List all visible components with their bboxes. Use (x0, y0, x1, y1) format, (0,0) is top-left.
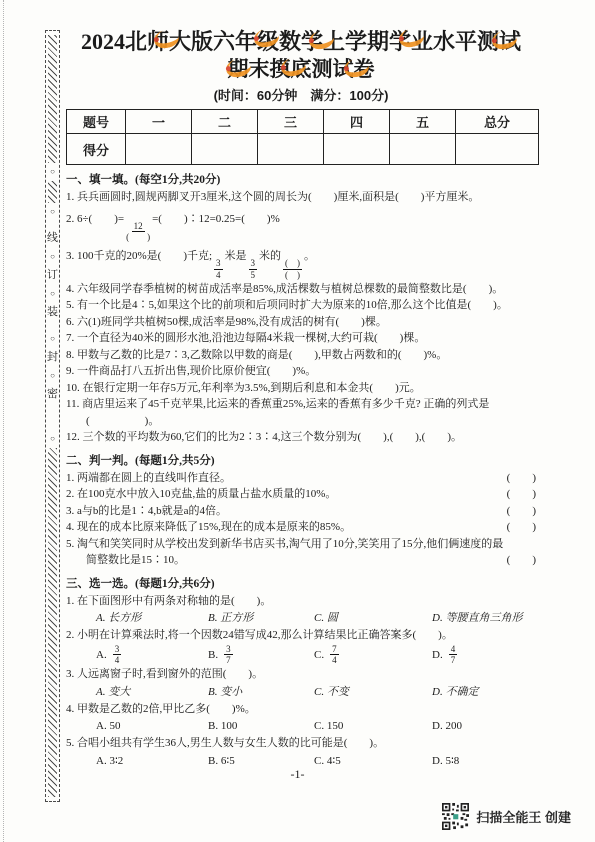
option-a: A. 长方形 (96, 609, 208, 627)
fraction: 37 (224, 644, 233, 667)
qr-code-icon (442, 803, 469, 830)
judge-text: 1. 两端都在圆上的直线叫作直径。 (66, 470, 231, 487)
binding-char-feng: 封 (47, 352, 58, 363)
hatch-marks (48, 181, 57, 203)
fraction: 12( ) (126, 221, 150, 244)
score-cell (126, 134, 192, 165)
choice-options: A. 长方形 B. 正方形 C. 圆 D. 等腰直角三角形 (96, 609, 536, 627)
fraction: 34 (113, 644, 122, 667)
question-line: 3. 100千克的20%是( )千克;34米是35米的( )( )。 (66, 243, 536, 281)
binding-circle: ○ (50, 208, 55, 216)
page-edge-line (3, 0, 4, 842)
judge-item-line2: 简整数比是15∶10。 ( ) (86, 552, 536, 569)
question-line: 2. 小明在计算乘法时,将一个因数24错写成42,那么计算结果比正确答案多( )… (66, 627, 536, 644)
binding-circle: ○ (50, 253, 55, 261)
binding-char-zhuang: 装 (47, 307, 58, 318)
watermark-text: 扫描全能王 创建 (476, 807, 571, 826)
question-line: 9. 一件商品打八五折出售,现价比原价便宜( )%。 (66, 363, 536, 380)
option-c: C. 4∶5 (314, 752, 432, 770)
page-title: 2024北师大版六年级数学上学期学业水平测试 (66, 28, 536, 55)
header-cell-4: 四 (324, 110, 390, 134)
header-cell-2: 二 (192, 110, 258, 134)
choice-options: A. 50 B. 100 C. 150 D. 200 (96, 717, 536, 735)
judge-text: 4. 现在的成本比原来降低了15%,现在的成本是原来的85%。 (66, 519, 351, 536)
option-a: A. 50 (96, 717, 208, 735)
score-table-score-row: 得分 (67, 134, 539, 165)
fraction: 35 (249, 258, 258, 281)
binding-strip: ○ ○ 线 ○ 订 ○ 装 ○ 封 ○ 密 ○ (45, 30, 60, 802)
answer-parentheses: ( ) (507, 519, 536, 536)
question-line: 12. 三个数的平均数为60,它们的比为2∶3∶4,这三个数分别为( ),( )… (66, 429, 536, 446)
hatch-marks (48, 448, 57, 797)
answer-parentheses: ( ) (507, 486, 536, 503)
paper-content: 2024北师大版六年级数学上学期学业水平测试 期末摸底测试卷 (时间：60分钟 … (66, 28, 536, 770)
question-line: 4. 甲数是乙数的2倍,甲比乙多( )%。 (66, 701, 536, 718)
score-cell (258, 134, 324, 165)
judge-text: 3. a与b的比是1∶4,b就是a的4倍。 (66, 503, 227, 520)
judge-item: 3. a与b的比是1∶4,b就是a的4倍。 ( ) (66, 503, 536, 520)
answer-parentheses: ( ) (507, 552, 536, 569)
option-c: C.74 (314, 644, 432, 667)
choice-options: A. 3∶2 B. 6∶5 C. 4∶5 D. 5∶8 (96, 752, 536, 770)
exam-paper-page: ○ ○ 线 ○ 订 ○ 装 ○ 封 ○ 密 ○ 2024北师大版六年级数学上学期… (0, 0, 595, 842)
binding-circle: ○ (50, 168, 55, 176)
binding-char-mi: 密 (47, 389, 58, 400)
score-cell (456, 134, 539, 165)
question-text: 米是 (225, 250, 247, 262)
option-d: D.47 (432, 644, 536, 667)
question-line: 2. 6÷( )=12( )=( )∶12=0.25=( )% (66, 206, 536, 244)
header-cell-5: 五 (390, 110, 456, 134)
option-d: D. 200 (432, 717, 536, 735)
answer-parentheses: ( ) (507, 503, 536, 520)
question-text: 3. 100千克的20%是( )千克; (66, 250, 212, 262)
question-line: 1. 兵兵画圆时,圆规两脚叉开3厘米,这个圆的周长为( )厘米,面积是( )平方… (66, 189, 536, 206)
section-heading-choice: 三、选一选。(每题1分,共6分) (66, 576, 536, 593)
option-d: D. 不确定 (432, 683, 536, 701)
judge-item: 4. 现在的成本比原来降低了15%,现在的成本是原来的85%。 ( ) (66, 519, 536, 536)
option-d: D. 5∶8 (432, 752, 536, 770)
time-score-line: (时间：60分钟 满分：100分) (66, 85, 536, 104)
option-b: B.37 (208, 644, 314, 667)
judge-item-line1: 5. 淘气和笑笑同时从学校出发到新华书店买书,淘气用了10分,笑笑用了15分,他… (66, 536, 536, 553)
binding-circle: ○ (50, 335, 55, 343)
choice-options-fractions: A.34 B.37 C.74 D.47 (96, 644, 536, 667)
option-b: B. 变小 (208, 683, 314, 701)
score-table-header-row: 题号 一 二 三 四 五 总分 (67, 110, 539, 134)
option-d: D. 等腰直角三角形 (432, 609, 536, 627)
question-line: 6. 六(1)班同学共植树50棵,成活率是98%,没有成活的树有( )棵。 (66, 314, 536, 331)
choice-options: A. 变大 B. 变小 C. 不变 D. 不确定 (96, 683, 536, 701)
header-cell-total: 总分 (456, 110, 539, 134)
header-cell-1: 一 (126, 110, 192, 134)
binding-circle: ○ (50, 372, 55, 380)
binding-char-ding: 订 (47, 270, 58, 281)
fraction: 47 (449, 644, 458, 667)
question-text: 。 (304, 250, 315, 262)
option-c: C. 圆 (314, 609, 432, 627)
question-line: 8. 甲数与乙数的比是7∶3,乙数除以甲数的商是( ),甲数占两数和的( )%。 (66, 347, 536, 364)
answer-parentheses: ( ) (507, 470, 536, 487)
score-table: 题号 一 二 三 四 五 总分 得分 (66, 109, 539, 165)
option-c: C. 150 (314, 717, 432, 735)
question-line: 5. 合唱小组共有学生36人,男生人数与女生人数的比可能是( )。 (66, 735, 536, 752)
camscanner-watermark: 扫描全能王 创建 (442, 803, 571, 830)
score-cell (324, 134, 390, 165)
fraction-blank: ( )( ) (283, 258, 302, 281)
binding-char-xian: 线 (47, 233, 58, 244)
fraction: 74 (330, 644, 339, 667)
header-cell-tihao: 题号 (67, 110, 126, 134)
judge-text: 简整数比是15∶10。 (86, 552, 185, 569)
judge-text: 2. 在100克水中放入10克盐,盐的质量占盐水质量的10%。 (66, 486, 336, 503)
fraction: 34 (214, 258, 223, 281)
option-b: B. 100 (208, 717, 314, 735)
binding-circle: ○ (50, 290, 55, 298)
page-number: -1- (291, 767, 305, 782)
question-line: 7. 一个直径为40米的圆形水池,沿池边每隔4米栽一棵树,大约可栽( )棵。 (66, 330, 536, 347)
judge-item: 2. 在100克水中放入10克盐,盐的质量占盐水质量的10%。 ( ) (66, 486, 536, 503)
question-text: =( )∶12=0.25=( )% (152, 213, 280, 225)
option-a: A. 变大 (96, 683, 208, 701)
option-a: A. 3∶2 (96, 752, 208, 770)
section-heading-judge: 二、判一判。(每题1分,共5分) (66, 453, 536, 470)
row-label-defen: 得分 (67, 134, 126, 165)
binding-circle: ○ (50, 435, 55, 443)
hatch-marks (48, 35, 57, 163)
score-cell (192, 134, 258, 165)
option-b: B. 正方形 (208, 609, 314, 627)
score-cell (390, 134, 456, 165)
header-cell-3: 三 (258, 110, 324, 134)
option-a: A.34 (96, 644, 208, 667)
question-line: 5. 有一个比是4∶5,如果这个比的前项和后项同时扩大为原来的10倍,那么这个比… (66, 297, 536, 314)
question-line-continuation: ( )。 (86, 413, 536, 430)
title-block: 2024北师大版六年级数学上学期学业水平测试 期末摸底测试卷 (66, 28, 536, 82)
question-line: 11. 商店里运来了45千克苹果,比运来的香蕉重25%,运来的香蕉有多少千克? … (66, 396, 536, 413)
question-line: 1. 在下面图形中有两条对称轴的是( )。 (66, 593, 536, 610)
question-text: 米的 (259, 250, 281, 262)
section-heading-fill: 一、填一填。(每空1分,共20分) (66, 172, 536, 189)
question-text: 2. 6÷( )= (66, 213, 124, 225)
option-c: C. 不变 (314, 683, 432, 701)
question-line: 10. 在银行定期一年存5万元,年利率为3.5%,到期后利息和本金共( )元。 (66, 380, 536, 397)
question-line: 3. 人远离窗子时,看到窗外的范围( )。 (66, 666, 536, 683)
judge-item: 1. 两端都在圆上的直线叫作直径。 ( ) (66, 470, 536, 487)
question-line: 4. 六年级同学春季植树的树苗成活率是85%,成活棵数与植树总棵数的最简整数比是… (66, 281, 536, 298)
